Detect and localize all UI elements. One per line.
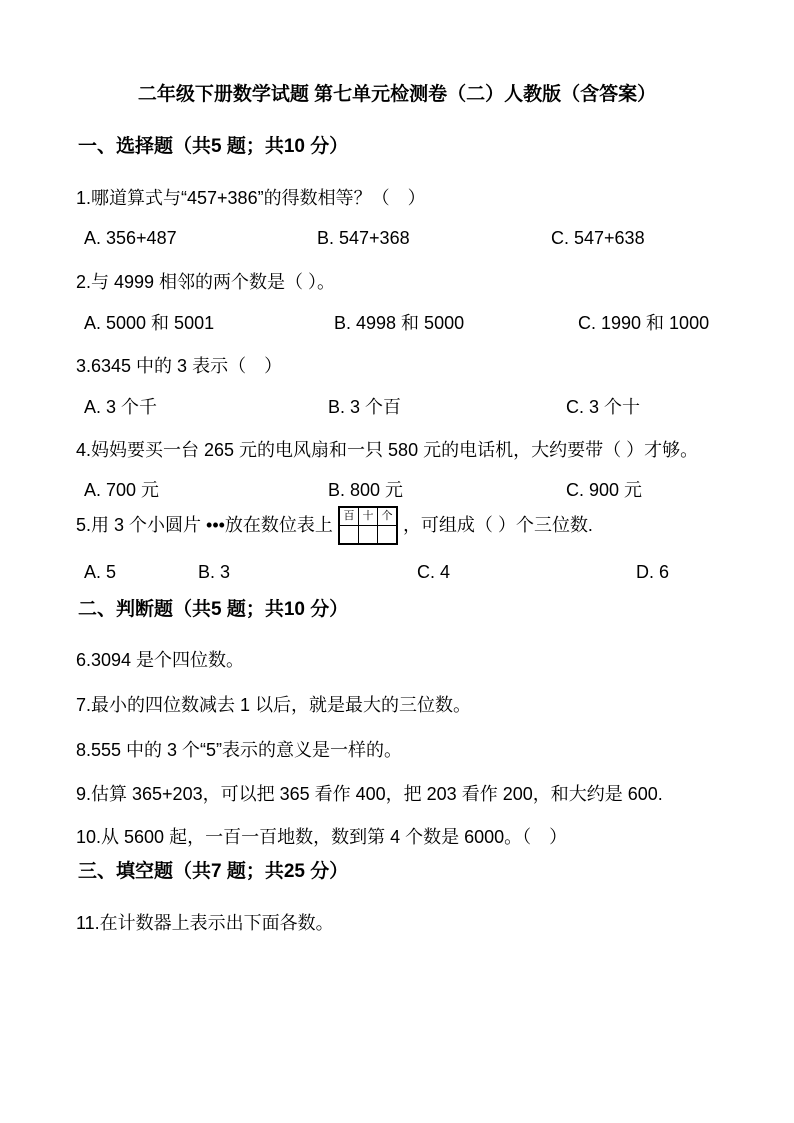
question-9-text: 9.估算 365+203，可以把 365 看作 400，把 203 看作 200… xyxy=(76,783,663,805)
question-5-option-a: A. 5 xyxy=(84,561,116,583)
page-title: 二年级下册数学试题 第七单元检测卷（二）人教版（含答案） xyxy=(0,84,794,106)
question-3-option-a: A. 3 个千 xyxy=(84,396,157,418)
question-5-text: 5.用 3 个小圆片 •••放在数位表上 百 十 个 ，可组成（ ）个三位数. xyxy=(76,505,593,545)
question-4-option-b: B. 800 元 xyxy=(328,479,403,501)
question-1-option-a: A. 356+487 xyxy=(84,227,177,249)
question-5-option-d: D. 6 xyxy=(636,561,669,583)
question-1-option-b: B. 547+368 xyxy=(317,227,410,249)
place-value-header-tens: 十 xyxy=(358,507,377,526)
question-3-option-c: C. 3 个十 xyxy=(566,396,640,418)
question-11-text: 11.在计数器上表示出下面各数。 xyxy=(76,912,334,934)
question-3-options: A. 3 个千 B. 3 个百 C. 3 个十 xyxy=(0,396,794,418)
place-value-cell-ones xyxy=(377,525,397,544)
question-2-option-c: C. 1990 和 1000 xyxy=(578,312,709,334)
question-10-text: 10.从 5600 起，一百一百地数，数到第 4 个数是 6000。（ ） xyxy=(76,826,567,848)
question-6-text: 6.3094 是个四位数。 xyxy=(76,649,244,671)
question-2-option-a: A. 5000 和 5001 xyxy=(84,312,214,334)
question-5-option-b: B. 3 xyxy=(198,561,230,583)
section-heading-judge: 二、判断题（共5 题；共10 分） xyxy=(78,599,348,621)
place-value-cell-tens xyxy=(358,525,377,544)
place-value-header-ones: 个 xyxy=(377,507,397,526)
place-value-header-hundreds: 百 xyxy=(339,507,359,526)
question-3-option-b: B. 3 个百 xyxy=(328,396,401,418)
question-7-text: 7.最小的四位数减去 1 以后，就是最大的三位数。 xyxy=(76,694,471,716)
question-5-text-after: ，可组成（ ）个三位数. xyxy=(403,514,593,536)
question-2-options: A. 5000 和 5001 B. 4998 和 5000 C. 1990 和 … xyxy=(0,312,794,334)
question-2-text: 2.与 4999 相邻的两个数是（ ）。 xyxy=(76,271,335,293)
document-page: 二年级下册数学试题 第七单元检测卷（二）人教版（含答案） 一、选择题（共5 题；… xyxy=(0,0,794,1123)
question-2-option-b: B. 4998 和 5000 xyxy=(334,312,464,334)
question-4-option-c: C. 900 元 xyxy=(566,479,642,501)
question-4-text: 4.妈妈要买一台 265 元的电风扇和一只 580 元的电话机，大约要带（ ）才… xyxy=(76,439,698,461)
section-heading-choice: 一、选择题（共5 题；共10 分） xyxy=(78,136,348,158)
place-value-cell-hundreds xyxy=(339,525,359,544)
question-3-text: 3.6345 中的 3 表示（ ） xyxy=(76,355,282,377)
question-5-options: A. 5 B. 3 C. 4 D. 6 xyxy=(0,561,794,583)
question-4-options: A. 700 元 B. 800 元 C. 900 元 xyxy=(0,479,794,501)
section-heading-fill: 三、填空题（共7 题；共25 分） xyxy=(78,861,348,883)
question-5-text-before: 5.用 3 个小圆片 •••放在数位表上 xyxy=(76,514,333,536)
place-value-table: 百 十 个 xyxy=(338,506,398,545)
question-1-option-c: C. 547+638 xyxy=(551,227,645,249)
question-5-option-c: C. 4 xyxy=(417,561,450,583)
question-1-options: A. 356+487 B. 547+368 C. 547+638 xyxy=(0,227,794,249)
question-4-option-a: A. 700 元 xyxy=(84,479,159,501)
question-1-text: 1.哪道算式与“457+386”的得数相等？（ ） xyxy=(76,187,426,209)
question-8-text: 8.555 中的 3 个“5”表示的意义是一样的。 xyxy=(76,739,402,761)
